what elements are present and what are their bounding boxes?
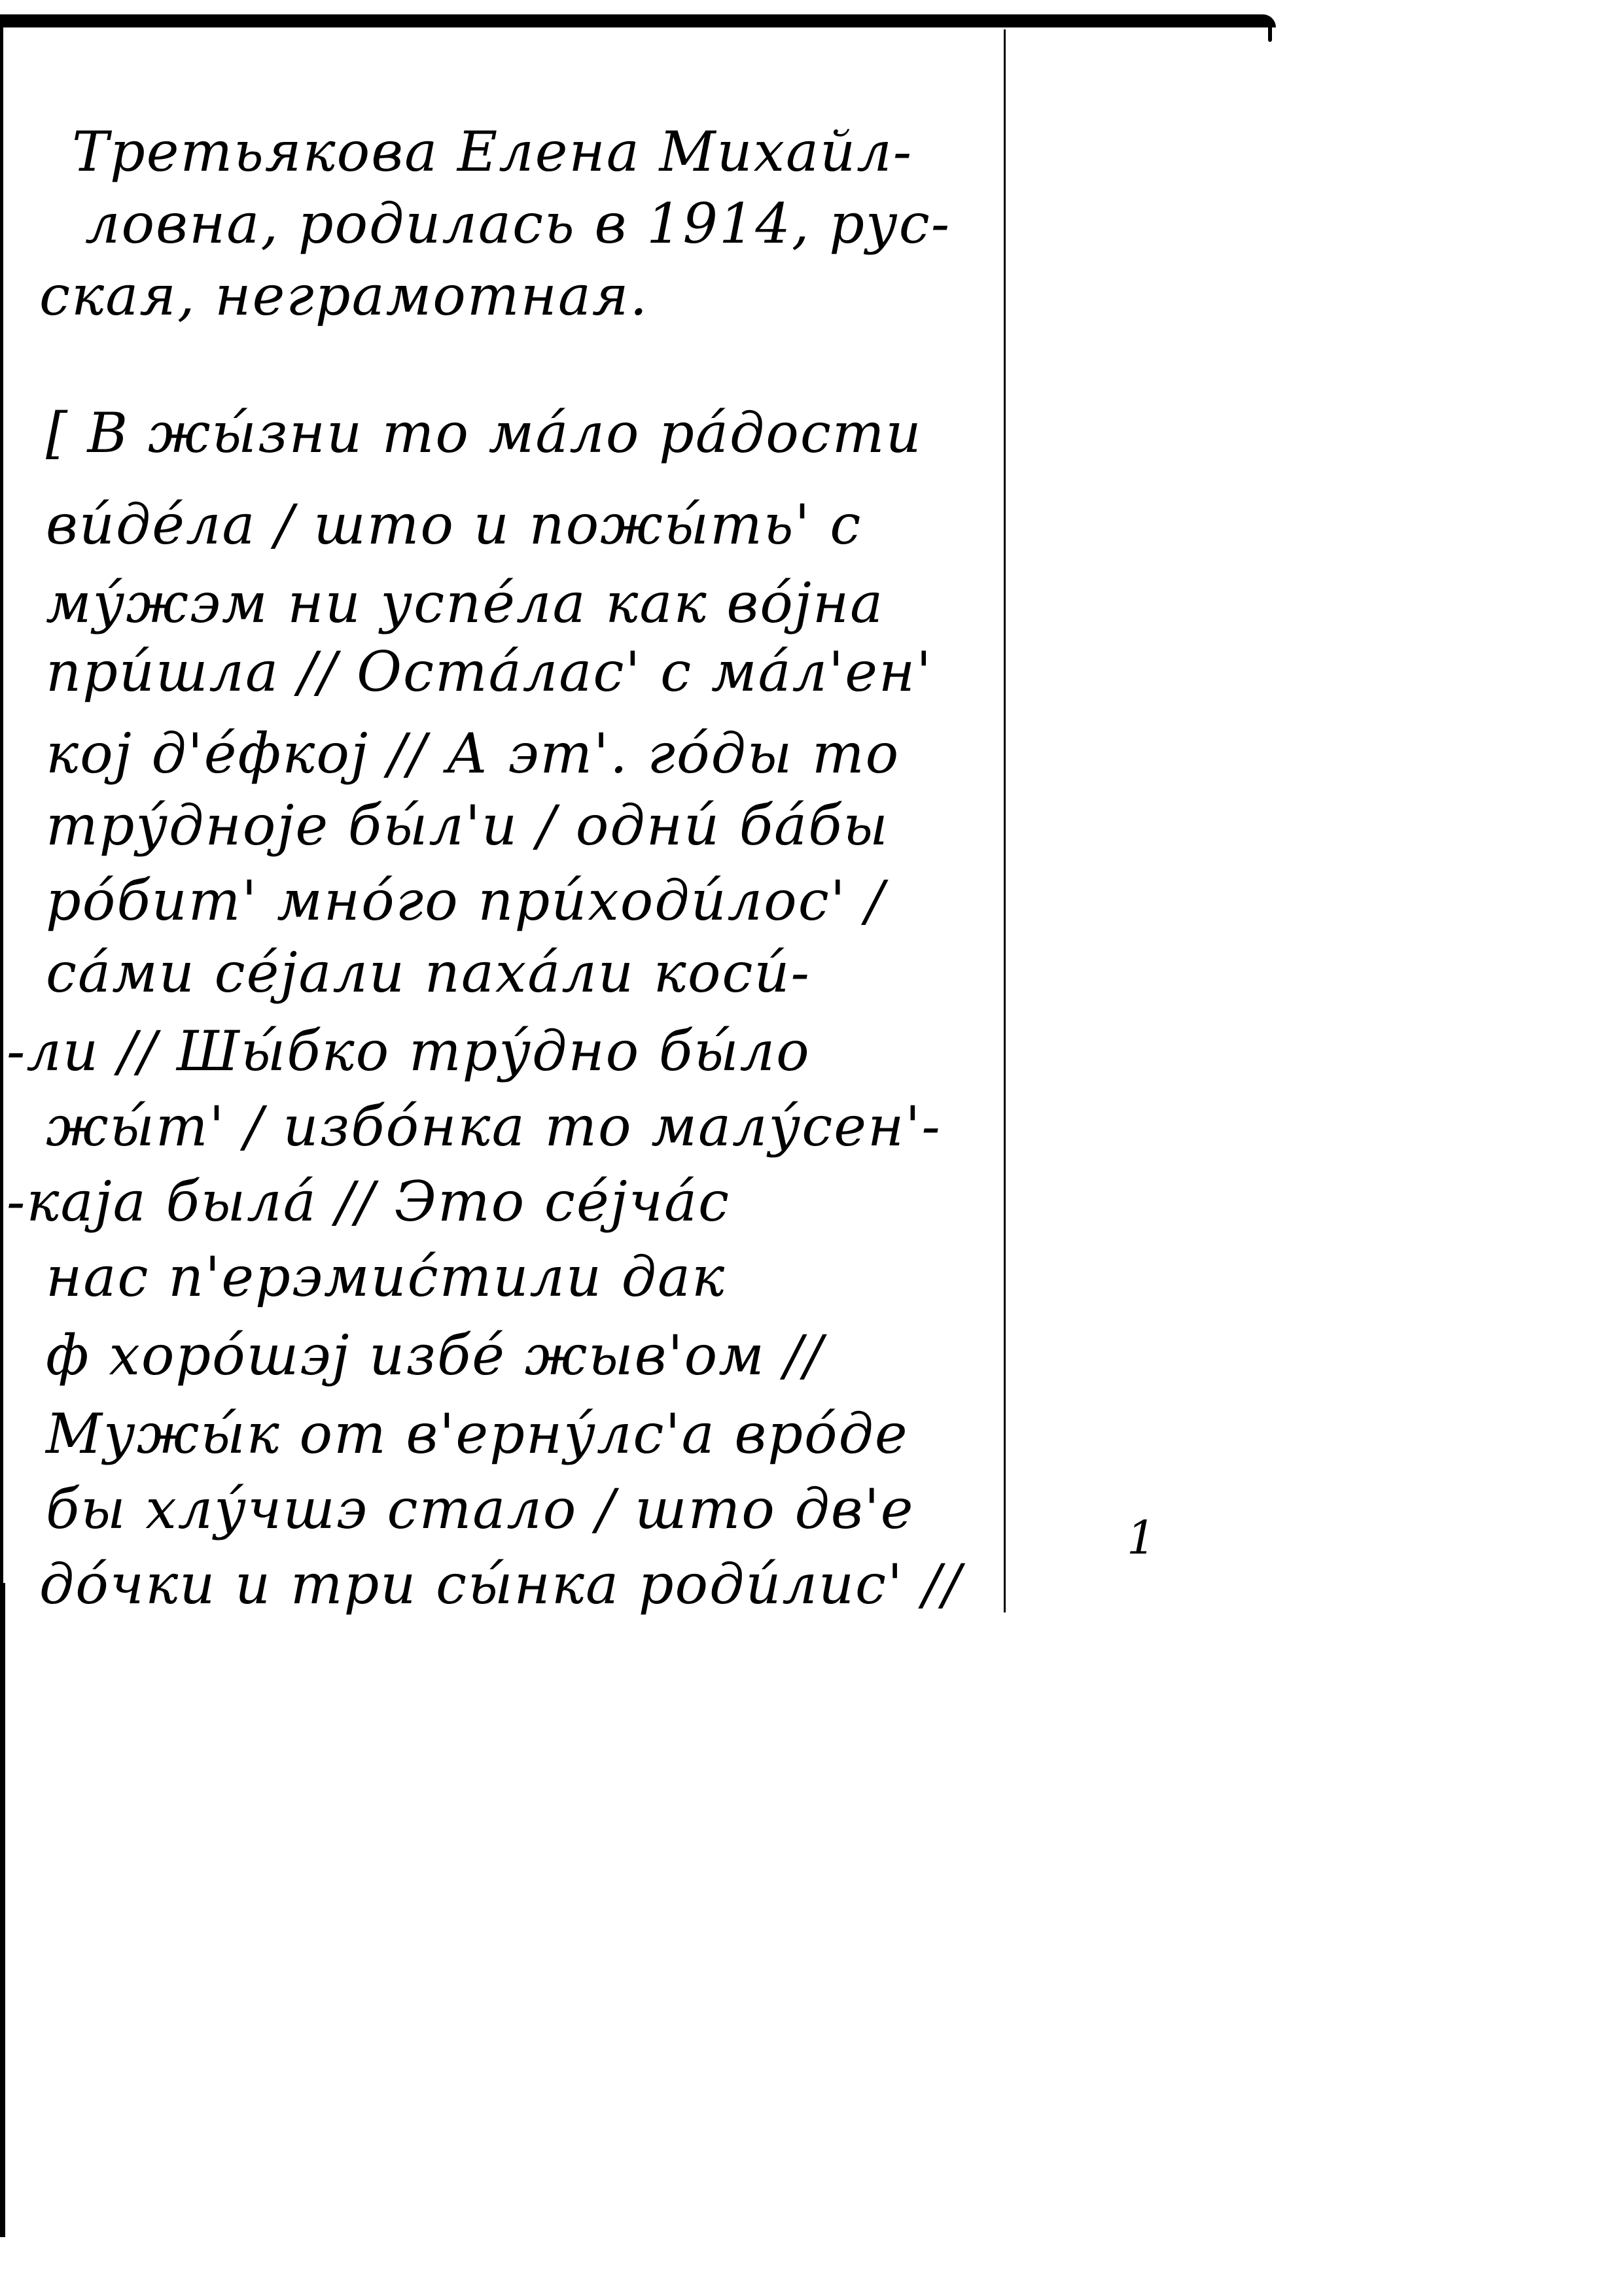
scan-left-border xyxy=(0,26,3,1609)
body-line-12: нас п'ерэмис́тили дак xyxy=(46,1249,726,1304)
header-line-1: Третьякова Елена Михайл- xyxy=(72,124,913,179)
body-line-15: бы хлу́чшэ стало / што дв'е xyxy=(46,1482,915,1537)
body-line-10: жы́т' / избо́нка то малу́сен'- xyxy=(46,1099,942,1154)
header-line-3: ская, неграмотная. xyxy=(39,268,648,323)
body-line-14: Мужы́к от в'ерну́лс'а вро́де xyxy=(46,1406,909,1461)
body-line-11: -кaја была́ // Это се́јча́с xyxy=(7,1174,730,1229)
body-line-1: [ В жы́зни то ма́ло ра́дости xyxy=(46,406,923,461)
body-line-16: до́чки и три сы́нка роди́лис' // xyxy=(39,1557,962,1612)
scan-top-border xyxy=(0,14,1276,27)
scan-left-border-lower xyxy=(0,1583,5,2237)
body-line-6: тру́дноје бы́л'и / одни́ ба́бы xyxy=(46,798,889,853)
header-line-2: ловна, родилась в 1914, рус- xyxy=(85,196,951,251)
body-line-5: кој д'е́фкој // А эт'. го́ды то xyxy=(46,726,900,781)
body-line-2: ви́де́ла / што и пожы́ть' с xyxy=(46,497,862,552)
scan-top-border-corner xyxy=(1268,25,1272,42)
body-line-7: ро́бит' мно́го при́ходи́лос' / xyxy=(46,873,885,928)
scanned-page: Третьякова Елена Михайл- ловна, родилась… xyxy=(0,0,1607,2296)
footnote-marker: 1 xyxy=(1127,1511,1156,1565)
body-line-8: са́ми се́јали паха́ли коси́- xyxy=(46,945,811,1000)
body-line-13: ф хоро́шэј избе́ жыв'ом // xyxy=(46,1328,824,1383)
body-line-9: -ли // Шы́бко тру́дно бы́ло xyxy=(7,1024,811,1079)
body-line-3: му́жэм ни успе́ла как во́јна xyxy=(46,576,884,631)
margin-line xyxy=(1004,29,1006,1612)
body-line-4: при́шла // Оста́лас' с ма́л'ен' xyxy=(46,644,932,699)
